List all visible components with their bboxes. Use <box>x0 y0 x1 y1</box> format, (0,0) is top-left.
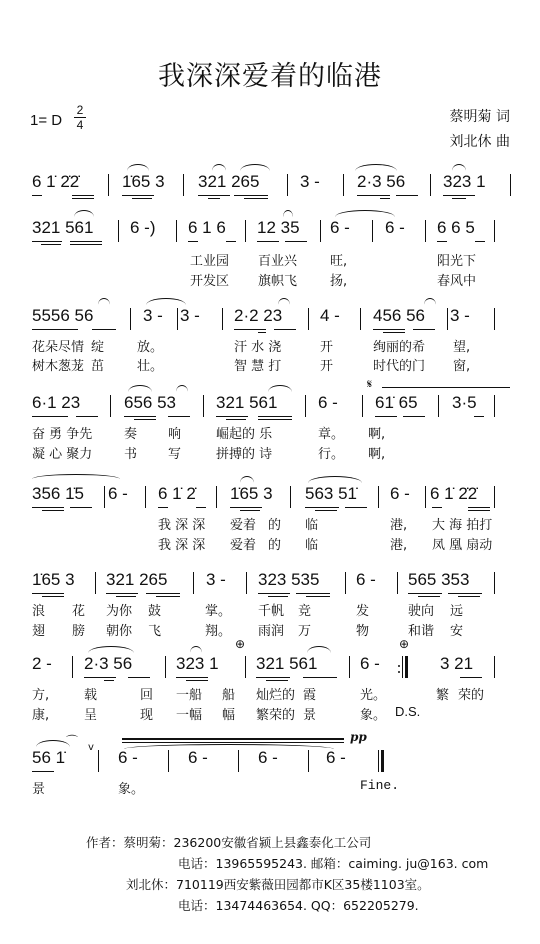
lyric-verse-1: 花朵尽情 <box>32 336 84 355</box>
underline <box>475 241 485 242</box>
barline <box>494 395 495 417</box>
measure: 321 265 <box>106 570 167 590</box>
author2-name: 刘北休： <box>126 877 176 892</box>
underline <box>413 329 435 330</box>
measure: 323 1 <box>176 654 219 674</box>
measure: 2 - <box>32 654 52 674</box>
barline <box>362 395 363 417</box>
underline <box>258 416 292 417</box>
barline <box>308 308 309 330</box>
lyric-verse-1: 开 <box>320 336 333 355</box>
time-signature: 2 4 <box>74 104 86 131</box>
barline <box>203 395 204 417</box>
measure: 3 - <box>206 570 226 590</box>
slur <box>268 385 292 392</box>
underline <box>234 195 268 196</box>
underline <box>468 510 490 511</box>
lyric-verse-2: 的 <box>268 534 281 553</box>
underline <box>226 241 236 242</box>
author1-address: 236200安徽省颍上县鑫泰化工公司 <box>174 835 372 850</box>
barline <box>305 395 306 417</box>
lyric-verse-2: 飞 <box>148 620 161 639</box>
barline <box>308 750 309 772</box>
lyric-verse-1: 一船 <box>176 684 202 703</box>
author2-contact: 电话：13474463654. QQ：652205279. <box>178 898 419 913</box>
lyric-verse-1: 放。 <box>137 336 163 355</box>
underline <box>403 416 425 417</box>
authors-label: 作者： <box>86 835 124 850</box>
underline <box>158 507 168 508</box>
lyric-verse-2: 行。 <box>318 443 344 462</box>
slur <box>308 476 362 483</box>
segno-icon: 𝄋 <box>367 377 372 392</box>
measure: 6·1 23 <box>32 393 80 413</box>
measure: 56 1̇ <box>32 748 65 768</box>
barline <box>320 220 321 242</box>
slur <box>278 298 290 305</box>
barline <box>183 174 184 196</box>
lyric-verse-1: 奋 勇 争先 <box>32 423 92 442</box>
underline <box>122 195 154 196</box>
measure: 12 35 <box>257 218 300 238</box>
lyric-verse-1: 灿烂的 <box>256 684 295 703</box>
barline <box>110 395 111 417</box>
underline <box>32 771 54 772</box>
lyric-verse-2: 呈 <box>84 704 97 723</box>
lyric-verse-2: 现 <box>140 704 153 723</box>
underline <box>443 195 475 196</box>
underline <box>70 244 102 245</box>
underline <box>198 195 230 196</box>
slur <box>355 164 397 171</box>
lyric-verse-1: 汗 水 浇 <box>234 336 281 355</box>
underline <box>32 195 42 196</box>
lyric-verse-1: 绚丽的希 <box>373 336 425 355</box>
measure: 3 - <box>300 172 320 192</box>
measure: 2·2 23 <box>234 306 282 326</box>
lyric-verse-2: 一幅 <box>176 704 202 723</box>
lyric-verse-1: 回 <box>140 684 153 703</box>
slur <box>88 646 134 653</box>
lyric-verse-1: 花 <box>72 600 85 619</box>
slur <box>240 164 270 171</box>
lyric-verse-2: 和谐 <box>408 620 434 639</box>
underline <box>32 416 68 417</box>
lyric-verse-1: 象。 <box>118 778 144 797</box>
barline <box>360 308 361 330</box>
lyric-verse-2: 我 深 深 <box>158 534 205 553</box>
barline <box>494 308 495 330</box>
lyric-verse-2: 智 慧 打 <box>234 355 281 374</box>
lyric-verse-1: 船 <box>222 684 235 703</box>
barline <box>245 656 246 678</box>
underline <box>418 596 440 597</box>
underline <box>41 244 61 245</box>
barline <box>165 656 166 678</box>
lyric-verse-2: 安 <box>450 620 463 639</box>
lyric-verse-1: 为你 <box>106 600 132 619</box>
barline <box>494 656 495 678</box>
lyric-verse-2: 窗, <box>453 355 470 374</box>
slur <box>240 476 254 483</box>
da-segno-marker: D.S. <box>395 704 420 719</box>
time-signature-bottom: 4 <box>77 118 84 132</box>
lyric-verse-1: 发 <box>356 600 369 619</box>
final-barline-thick <box>381 750 384 772</box>
lyric-verse-1: 崛起的 乐 <box>216 423 272 442</box>
lyric-verse-1: 奏 <box>124 423 137 442</box>
lyric-verse-1: 阳光下 <box>437 250 476 269</box>
lyric-verse-1: 景 <box>32 778 45 797</box>
measure: 6 -) <box>130 218 156 238</box>
underline <box>226 419 246 420</box>
decrescendo-hairpin <box>122 738 344 740</box>
slur <box>146 298 186 305</box>
lyric-verse-1: 绽 <box>91 336 104 355</box>
lyric-verse-1: 望, <box>453 336 470 355</box>
lyric-verse-2: 扬, <box>330 270 347 289</box>
measure: 4 - <box>320 306 340 326</box>
lyric-verse-1: 港, <box>390 514 407 533</box>
measure: 6 - <box>108 484 128 504</box>
lyric-verse-1: 光。 <box>360 684 386 703</box>
coda-icon: ⊕ <box>235 637 245 651</box>
slur <box>32 474 120 479</box>
measure: 2·3 56 <box>84 654 132 674</box>
underline <box>408 593 442 594</box>
underline <box>274 329 296 330</box>
slur <box>212 164 226 171</box>
lyric-verse-1: 浪 <box>32 600 45 619</box>
slur <box>127 164 149 171</box>
measure: 321 561 <box>256 654 317 674</box>
underline <box>32 241 62 242</box>
barline <box>343 174 344 196</box>
barline <box>447 308 448 330</box>
author-contact-info: 作者：蔡明菊：236200安徽省颍上县鑫泰化工公司 电话：13965595243… <box>86 832 488 916</box>
underline <box>448 593 482 594</box>
measure: 456 56 <box>373 306 425 326</box>
underline <box>380 198 390 199</box>
lyric-verse-1: 啊, <box>368 423 385 442</box>
dynamic-pianissimo: pp <box>350 730 367 744</box>
underline <box>315 510 337 511</box>
barline <box>168 750 169 772</box>
underline <box>216 416 248 417</box>
underline <box>258 332 266 333</box>
measure: 3 - <box>450 306 470 326</box>
lyric-verse-1: 大 海 拍打 <box>432 514 492 533</box>
barline <box>378 486 379 508</box>
lyric-verse-1: 载 <box>84 684 97 703</box>
barline <box>290 486 291 508</box>
repeat-dot <box>398 671 400 673</box>
barline <box>438 395 439 417</box>
barline <box>118 220 119 242</box>
measure: 6 - <box>356 570 376 590</box>
slur <box>283 210 293 217</box>
barline <box>238 750 239 772</box>
lyric-verse-2: 雨润 <box>258 620 284 639</box>
underline <box>116 596 136 597</box>
repeat-barline <box>402 656 403 678</box>
measure: 356 1̇5 <box>32 484 84 504</box>
measure: 6 - <box>318 393 338 413</box>
lyric-verse-1: 远 <box>450 600 463 619</box>
underline <box>72 198 94 199</box>
lyric-verse-2: 临 <box>305 534 318 553</box>
phrase-line <box>382 387 510 388</box>
underline <box>266 680 288 681</box>
lyric-verse-1: 千帆 <box>258 600 284 619</box>
underline <box>70 241 102 242</box>
barline <box>98 750 99 772</box>
barline <box>372 220 373 242</box>
lyric-verse-2: 旗帜飞 <box>258 270 297 289</box>
underline <box>460 677 482 678</box>
barline <box>104 486 105 508</box>
slur <box>335 210 395 217</box>
barline <box>222 308 223 330</box>
barline <box>177 308 178 330</box>
measure: 5556 56 <box>32 306 93 326</box>
barline <box>425 486 426 508</box>
lyric-verse-1: 工业园 <box>190 250 229 269</box>
measure: 1̇65 3 <box>122 172 165 192</box>
lyric-verse-1: 掌。 <box>205 600 231 619</box>
underline <box>345 507 367 508</box>
underline <box>132 198 152 199</box>
lyric-verse-1: 方, <box>32 684 49 703</box>
slur <box>424 298 436 305</box>
slur <box>307 646 331 653</box>
measure: 6 - <box>118 748 138 768</box>
measure: 6 - <box>326 748 346 768</box>
lyric-verse-2: 凤 凰 扇动 <box>432 534 492 553</box>
underline <box>156 596 180 597</box>
fermata-icon: ⌒ <box>66 732 78 749</box>
barline <box>176 220 177 242</box>
lyric-verse-2: 翅 <box>32 620 45 639</box>
underline <box>437 241 447 242</box>
lyric-verse-2: 繁荣的 <box>256 704 295 723</box>
lyric-verse-2: 爱着 <box>230 534 256 553</box>
author1-contact: 电话：13965595243. 邮箱：caiming. ju@163. com <box>178 856 488 871</box>
underline <box>196 507 206 508</box>
underline <box>128 677 150 678</box>
lyric-verse-2: 万 <box>298 620 311 639</box>
barline <box>193 572 194 594</box>
slur <box>98 298 110 305</box>
measure: 6 1̇ 2̇2̇ <box>430 484 477 504</box>
lyricist-credit: 蔡明菊 词 <box>450 106 510 126</box>
measure: 2·3 56 <box>357 172 405 192</box>
lyric-verse-1: 临 <box>305 514 318 533</box>
underline <box>72 195 94 196</box>
underline <box>256 677 290 678</box>
underline <box>76 416 98 417</box>
measure: 3 - <box>143 306 163 326</box>
underline <box>176 677 208 678</box>
lyric-verse-1: 旺, <box>330 250 347 269</box>
fine-marker: Fine. <box>360 778 399 793</box>
barline <box>494 220 495 242</box>
measure: 6 - <box>330 218 350 238</box>
underline <box>168 416 190 417</box>
lyric-verse-2: 朝你 <box>106 620 132 639</box>
barline <box>216 486 217 508</box>
measure: 323 1 <box>443 172 486 192</box>
measure: 323 535 <box>258 570 319 590</box>
lyric-verse-2: 春风中 <box>437 270 476 289</box>
lyric-verse-2: 象。 <box>360 704 386 723</box>
lyric-verse-2: 康, <box>32 704 49 723</box>
measure: 1̇65 3 <box>32 570 75 590</box>
barline <box>510 174 511 196</box>
underline <box>134 419 156 420</box>
underline <box>70 507 92 508</box>
lyric-verse-2: 物 <box>356 620 369 639</box>
barline <box>95 572 96 594</box>
underline <box>373 329 405 330</box>
underline <box>146 593 180 594</box>
lyric-verse-2: 茁 <box>91 355 104 374</box>
key-signature: 1= D <box>30 112 62 129</box>
measure: 321 561 <box>216 393 277 413</box>
measure: 3·5 <box>452 393 477 413</box>
page-title: 我深深爱着的临港 <box>0 54 540 93</box>
measure: 6 6 5 <box>437 218 475 238</box>
underline <box>32 507 64 508</box>
underline <box>432 507 442 508</box>
lyric-verse-1: 爱着 <box>230 514 256 533</box>
underline <box>375 416 397 417</box>
measure: 6 - <box>385 218 405 238</box>
underline <box>208 198 220 199</box>
author2-address: 710119西安紫薇田园都市K区35楼1103室。 <box>176 877 430 892</box>
lyric-verse-2: 树木葱茏 <box>32 355 84 374</box>
lyric-verse-1: 鼓 <box>148 600 161 619</box>
composer-credit: 刘北休 曲 <box>450 131 510 151</box>
underline <box>474 416 484 417</box>
barline <box>287 174 288 196</box>
underline <box>303 677 337 678</box>
underline <box>234 329 266 330</box>
repeat-dot <box>398 665 400 667</box>
underline <box>383 332 405 333</box>
underline <box>458 596 480 597</box>
barline <box>494 486 495 508</box>
measure: 1̇65 3 <box>230 484 273 504</box>
repeat-barline-thick <box>405 656 408 678</box>
underline <box>306 596 330 597</box>
lyric-verse-1: 竞 <box>298 600 311 619</box>
underline <box>32 329 78 330</box>
barline <box>345 572 346 594</box>
lyric-verse-1: 我 深 深 <box>158 514 205 533</box>
underline <box>106 593 138 594</box>
measure: 6 - <box>258 748 278 768</box>
measure: 3 21 <box>440 654 473 674</box>
measure: 6 1̇ 2̇ <box>158 484 196 504</box>
lyric-verse-1: 响 <box>168 423 181 442</box>
underline <box>258 593 290 594</box>
lyric-verse-2: 壮。 <box>137 355 163 374</box>
lyric-verse-2: 膀 <box>72 620 85 639</box>
slur <box>190 646 202 653</box>
underline <box>296 593 330 594</box>
slur <box>74 210 94 217</box>
lyric-verse-2: 幅 <box>222 704 235 723</box>
slur <box>36 740 70 747</box>
measure: 61̇ 65 <box>375 393 418 413</box>
measure: 6 - <box>390 484 410 504</box>
underline <box>230 507 262 508</box>
slur <box>176 385 188 392</box>
underline <box>452 198 466 199</box>
lyric-verse-1: 驶向 <box>408 600 434 619</box>
measure: 321 265 <box>198 172 259 192</box>
underline <box>258 419 292 420</box>
underline <box>244 198 268 199</box>
underline <box>104 680 114 681</box>
underline <box>240 510 260 511</box>
underline <box>42 510 64 511</box>
barline <box>108 174 109 196</box>
measure: 656 53 <box>124 393 176 413</box>
measure: 6 1̇ 2̇2̇ <box>32 172 79 192</box>
barline <box>425 220 426 242</box>
barline <box>245 220 246 242</box>
lyric-verse-2: 开发区 <box>190 270 229 289</box>
measure: 565 353 <box>408 570 469 590</box>
lyric-verse-1: 霞 <box>303 684 316 703</box>
underline <box>32 593 64 594</box>
underline <box>188 241 198 242</box>
slur <box>128 385 152 392</box>
barline <box>130 308 131 330</box>
lyric-verse-1: 的 <box>268 514 281 533</box>
lyric-verse-2: 拼搏的 诗 <box>216 443 272 462</box>
measure: 563 51̇ <box>305 484 357 504</box>
lyric-verse-1: 荣的 <box>458 684 484 703</box>
barline <box>397 572 398 594</box>
underline <box>186 680 208 681</box>
lyric-verse-2: 港, <box>390 534 407 553</box>
underline <box>84 677 116 678</box>
underline <box>124 416 156 417</box>
lyric-verse-2: 翔。 <box>205 620 231 639</box>
barline <box>145 486 146 508</box>
barline <box>349 656 350 678</box>
lyric-verse-1: 繁 <box>436 684 449 703</box>
lyric-verse-2: 开 <box>320 355 333 374</box>
lyric-verse-2: 凝 心 聚力 <box>32 443 92 462</box>
lyric-verse-1: 章。 <box>318 423 344 442</box>
measure: 6 1 6 <box>188 218 226 238</box>
coda-icon: ⊕ <box>399 637 409 651</box>
measure: 3 - <box>180 306 200 326</box>
lyric-verse-2: 时代的门 <box>373 355 425 374</box>
barline <box>430 174 431 196</box>
underline <box>268 596 288 597</box>
underline <box>92 329 116 330</box>
measure: 6 - <box>188 748 208 768</box>
barline <box>494 572 495 594</box>
lyric-verse-2: 啊, <box>368 443 385 462</box>
underline <box>468 507 490 508</box>
time-signature-top: 2 <box>77 103 84 117</box>
